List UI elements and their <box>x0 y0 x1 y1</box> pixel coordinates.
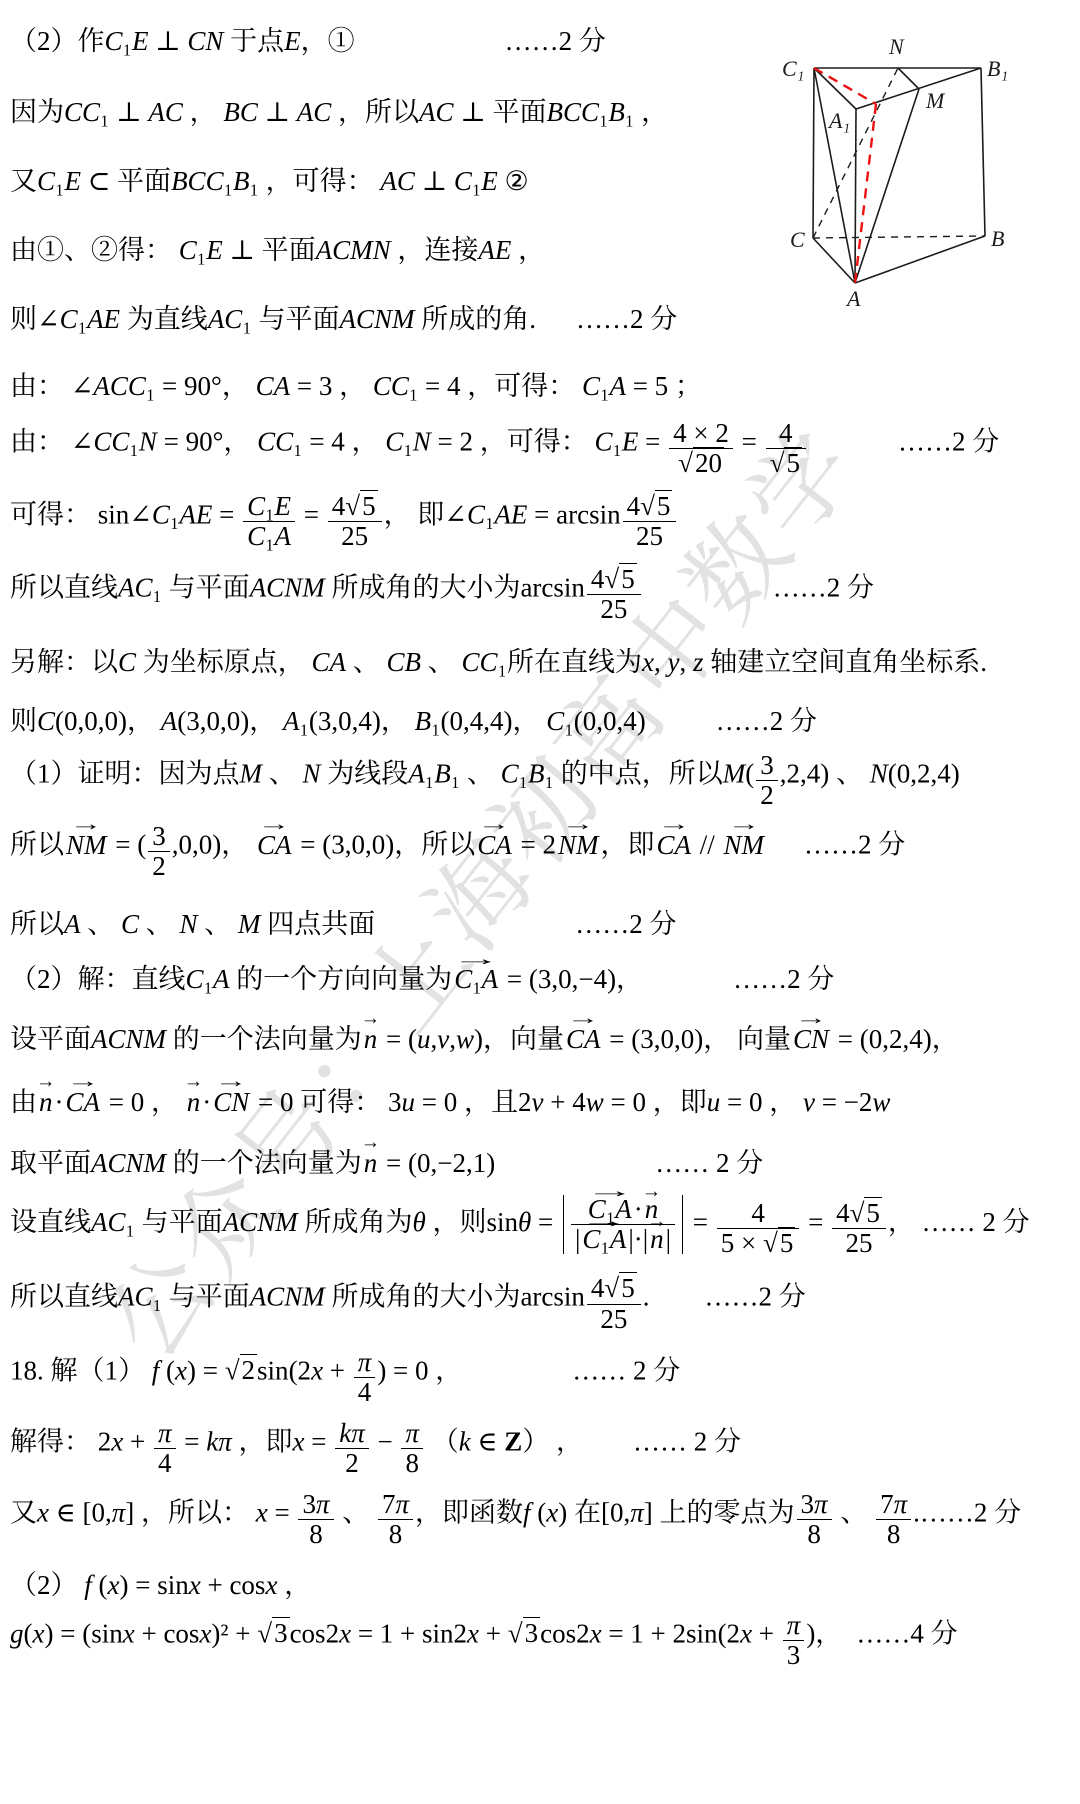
figure-edge-C-A <box>813 238 855 283</box>
solution-line-6: 由： ∠ACC₁ = 90°， CA = 3 ， CC₁ = 4 ，可得： C₁… <box>10 369 1074 404</box>
figure-edge-C-B <box>813 236 985 238</box>
prism-figure-svg: C₁NB₁A₁MCBA <box>698 16 1058 316</box>
solution-line-20: 所以直线AC₁ 与平面ACNM 所成角的大小为arcsin4√525.……2 分 <box>10 1274 1074 1333</box>
solution-line-7: 由： ∠CC₁N = 90°， CC₁ = 4 ， C₁N = 2 ，可得： C… <box>10 419 1074 478</box>
solution-line-17: 由→n·→CA = 0 ， →n·→CN = 0 可得： 3u = 0 ，且2v… <box>10 1085 1074 1120</box>
solution-line-12: （1）证明：因为点M 、 N 为线段A₁B₁ 、 C₁B₁ 的中点，所以M(32… <box>10 751 1074 810</box>
solution-line-14: 所以A 、 C 、 N 、 M 四点共面……2 分 <box>10 907 1074 942</box>
solution-line-18: 取平面ACNM 的一个法向量为→n = (0,−2,1)…… 2 分 <box>10 1146 1074 1181</box>
solution-line-13: 所以→NM = (32,0,0)， →CA = (3,0,0)，所以→CA = … <box>10 822 1074 881</box>
figure-edge-N-M <box>898 68 919 89</box>
figure-label-C: C <box>790 227 805 252</box>
figure-edge-C1-A <box>814 68 855 283</box>
figure-label-B: B <box>991 226 1004 251</box>
figure-edge-E-A <box>855 104 876 283</box>
figure-label-A₁: A₁ <box>827 108 850 133</box>
solution-line-16: 设平面ACNM 的一个法向量为→n = (u,v,w)，向量→CA = (3,0… <box>10 1022 1074 1057</box>
solution-line-9: 所以直线AC₁ 与平面ACNM 所成角的大小为arcsin4√525……2 分 <box>10 565 1074 624</box>
solution-line-11: 则C(0,0,0)， A(3,0,0)， A₁(3,0,4)， B₁(0,4,4… <box>10 704 1074 739</box>
solution-line-24: （2） f (x) = sinx + cosx ， <box>10 1568 1074 1603</box>
figure-label-N: N <box>888 34 905 59</box>
solution-line-8: 可得： sin∠C₁AE = C₁EC₁A = 4√525， 即∠C₁AE = … <box>10 492 1074 551</box>
solution-line-25: g(x) = (sinx + cosx)² + √3cos2x = 1 + si… <box>10 1611 1074 1670</box>
solution-line-21: 18. 解（1） f (x) = √2sin(2x + π4) = 0 ，…… … <box>10 1348 1074 1407</box>
solution-line-10: 另解：以C 为坐标原点， CA 、 CB 、 CC₁所在直线为x, y, z 轴… <box>10 645 1074 680</box>
prism-figure: C₁NB₁A₁MCBA <box>698 16 1058 316</box>
figure-edge-M-A <box>855 89 919 283</box>
figure-label-C₁: C₁ <box>782 56 804 81</box>
solution-line-19: 设直线AC₁ 与平面ACNM 所成角为θ ，则sinθ = →C₁A·→n|→C… <box>10 1195 1074 1259</box>
figure-edge-B1-B <box>981 68 985 236</box>
math-solution-document: { "page": { "background": "#ffffff", "te… <box>0 0 1080 1804</box>
figure-label-B₁: B₁ <box>987 56 1008 81</box>
figure-label-M: M <box>925 88 946 113</box>
figure-edge-C1-C <box>813 68 814 238</box>
figure-edge-A1-A <box>855 109 856 283</box>
solution-line-15: （2）解：直线C₁A 的一个方向向量为→C₁A = (3,0,−4)，……2 分 <box>10 962 1074 997</box>
solution-line-22: 解得： 2x + π4 = kπ ，即x = kπ2 − π8 （k ∈ Z） … <box>10 1419 1074 1478</box>
solution-line-23: 又x ∈ [0,π] ，所以： x = 3π8 、 7π8，即函数f (x) 在… <box>10 1490 1074 1549</box>
figure-label-A: A <box>845 286 861 311</box>
figure-edge-A-B <box>855 236 985 283</box>
